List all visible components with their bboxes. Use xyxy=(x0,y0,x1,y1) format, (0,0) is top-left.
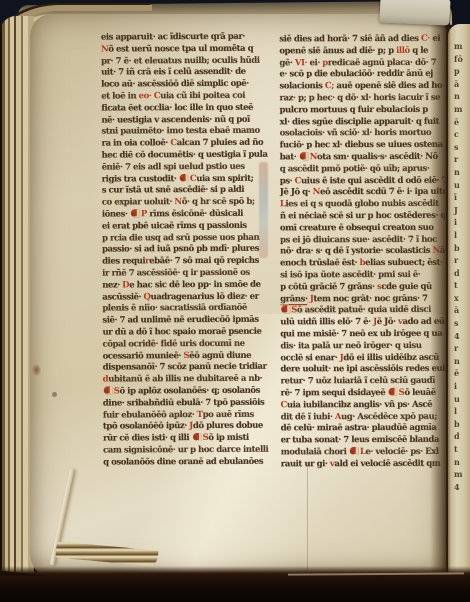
ink-segment: ald ei velociē ascēdit qm xyxy=(334,458,440,468)
rubric-segment: VI· xyxy=(295,58,307,68)
text-line: modulaiā chori ¶Le· velociē· ps· Exl xyxy=(281,447,446,459)
edge-letter: m xyxy=(454,103,468,116)
ink-segment: po auē rīms xyxy=(203,409,254,419)
ink-segment: retur· 7 uōz luiariā ĩ celū sciū gaudī xyxy=(280,376,434,387)
text-line: ¶Sō ip aplōz osolanōēs· q; osolanōs xyxy=(103,385,279,398)
text-line: loco aū· ascēssiōō diē simplic opē· xyxy=(101,79,277,92)
edge-letter: u xyxy=(454,393,468,406)
ink-segment: uia cũ ibi poitea coi xyxy=(160,91,245,101)
text-line: ēniē· 7 eis adl spi uelud pstio ues xyxy=(102,161,278,174)
edge-letter: c xyxy=(454,128,468,141)
text-line: ur dū a dō ĩ hoc spaio moraē psencie xyxy=(102,326,278,339)
ink-segment: occlē si enar· xyxy=(280,353,339,363)
ink-segment: redicaē agnū placa· dō· 7 xyxy=(328,57,436,67)
edge-letter: s xyxy=(454,141,468,154)
edge-letter: u xyxy=(454,179,468,192)
edge-letter: m xyxy=(454,40,468,53)
ink-segment: stni pauimēto· imo testa ebaē mamo xyxy=(101,126,259,137)
text-line: ps· Cuius ē iste qui ascēdit d odō eiē· … xyxy=(280,175,445,187)
edge-letter: t xyxy=(454,443,468,456)
ink-segment: ubitanū ē ab illis ne dubitareē a nb· xyxy=(108,374,262,385)
text-line: nō· dra· s· q dē ĩ ystorie· scolasticis … xyxy=(280,246,445,258)
text-line: rigis tra custodit· ¶Cuia sm spirit; xyxy=(102,173,278,186)
text-line: eis apparuit· ac ĩdiscurte qrã par· xyxy=(101,32,277,45)
paragraph-mark-icon: ¶ xyxy=(389,388,398,396)
ink-segment: raz· p; p hec· q dō· xl· horis iacuir ĩ … xyxy=(279,93,440,104)
edge-letter: d xyxy=(454,430,468,443)
ink-segment: q le xyxy=(410,46,428,56)
ink-segment: co expiar uoluit· xyxy=(102,197,175,207)
ink-segment: ps· xyxy=(280,176,295,186)
ink-segment: dō plures dobue xyxy=(193,421,263,431)
text-line: dine· sribabñdiū ebulā· 7 tpō passiōis xyxy=(103,397,279,410)
ink-segment: cōpal ocridē· fidē uris documī ne xyxy=(102,338,244,349)
ink-segment: cam signisicōnē· ur p hoc darce intelli xyxy=(103,444,268,455)
paragraph-mark-icon: ¶ xyxy=(193,433,202,441)
ink-segment: dō ei illis uidēibz ascū xyxy=(343,352,438,362)
ink-segment: ei erat pbē uicaē rīms q passionis xyxy=(102,220,247,231)
text-line: osolaciois· vñ sciō· xl· horis mortuo xyxy=(280,128,445,140)
tape-repair xyxy=(379,0,450,26)
text-line: p cōtū grāciē 7 grāns· scde guie qū xyxy=(280,281,445,293)
ink-segment: ulū uidñ illis elō· 7 ē· xyxy=(280,317,373,327)
ink-segment: alcan 7 pluies ad ño xyxy=(177,138,263,148)
paragraph-mark-icon: ¶ xyxy=(104,386,113,394)
text-line: dis· ita palā ur neō irōger· q uisu xyxy=(280,340,445,352)
text-line: dies requirebāē· 7 sō mai qō repichs xyxy=(102,256,278,269)
text-line: ficata ēet occlia· loc ille in quo steē xyxy=(101,102,277,115)
ink-segment: hec diē cō documētis· q uestigia ĩ pula xyxy=(101,150,267,161)
photo-scene: eis apparuit· ac ĩdiscurte qrã par·Nõ es… xyxy=(0,0,470,602)
ink-segment: õ· q hr scē spō b; xyxy=(182,197,255,207)
text-line: co expiar uoluit· Nõ· q hr scē spō b; xyxy=(102,197,278,210)
gutter-shadow xyxy=(430,14,450,578)
rubric-segment: N xyxy=(174,197,181,207)
ink-segment: ocessariō munieē· xyxy=(103,351,184,361)
text-line: siē· 7 ad unlimē nē erudiecōō ipmās xyxy=(102,315,278,328)
text-column-left: eis apparuit· ac ĩdiscurte qrã par·Nõ es… xyxy=(101,32,279,469)
text-line: ra in oia colloē· Calcan 7 pluies ad ño xyxy=(101,138,277,151)
ink-segment: solacionis xyxy=(279,81,325,91)
ink-segment: ra in oia colloē· xyxy=(101,138,170,148)
bottom-dark-band xyxy=(0,576,470,602)
ink-segment: p rcia die usq ad srū posse uos phan xyxy=(102,232,259,243)
edge-letter: ē xyxy=(454,367,468,380)
text-line: openē siē ānus ad diē· p; p illō q le xyxy=(279,46,444,58)
edge-letter: 4 xyxy=(454,481,468,494)
ink-segment: uadragenarius lō diez· er xyxy=(150,291,258,302)
text-line: si isō ipa ūote ascēdit· pmi sui ē· xyxy=(280,270,445,282)
text-line: cōpal ocridē· fidē uris documī ne xyxy=(102,338,278,351)
edge-letter: ī xyxy=(454,191,468,204)
text-line: siē dies ad horā· 7 siē āñ ad dies C· ei xyxy=(279,34,444,46)
underlined-segment: grāns· xyxy=(280,294,307,304)
ink-segment: siē· 7 ad unlimē nē erudiecōō ipmās xyxy=(102,315,258,326)
text-line: fuciō· p hec xl· diebus se uiues ostena xyxy=(280,140,445,152)
edge-letter: r xyxy=(454,254,468,267)
paragraph-mark-icon: ¶ xyxy=(180,174,189,182)
ink-segment: ug· Ascēdēce xpō pau; xyxy=(341,411,437,421)
ink-segment: ficata ēet occlia· loc ille in quo steē xyxy=(101,102,253,113)
text-line: dere uoluit· ne ipi ascēssiōis redes eui… xyxy=(280,364,445,376)
text-line: tpō osolanōēō ipūz· Jdō plures dobue xyxy=(103,421,279,434)
edge-letter: s xyxy=(454,317,468,330)
ink-segment: openē siē ānus ad diē· p; p xyxy=(279,46,396,56)
ink-segment: ota sm· qualis·s· ascēdit· Nō xyxy=(317,152,438,162)
ink-segment: rē· 7 ipm sequi dsidayeē xyxy=(280,388,387,398)
edge-letter: d xyxy=(454,267,468,280)
ink-segment: dis· ita palā ur neō irōger· q uisu xyxy=(280,341,421,351)
text-line: Cuia iubilancibz anglis· vñ ps· Ascē xyxy=(281,399,446,411)
paragraph-mark-icon: ¶ xyxy=(281,306,290,314)
rubric-segment: illō xyxy=(396,46,410,56)
ink-segment: eō ascēdit scdū 7 ē· i· ipa uite xyxy=(320,187,446,197)
ink-segment: er tuba sonat· 7 leus emiscēē blanda xyxy=(281,435,439,446)
ink-segment: dē celū· miraē astra· plaudūē agmīa xyxy=(281,423,437,434)
ink-segment: ēō agnū diune xyxy=(189,350,251,360)
ink-segment: et loē in xyxy=(101,91,138,101)
ink-segment: auē openē siē dies ad ho xyxy=(334,81,442,91)
text-line: pulcro mortuus q fuir ebulaciois p xyxy=(279,104,444,116)
edge-letter: r xyxy=(454,153,468,166)
ink-speck xyxy=(52,392,57,397)
edge-letter: r xyxy=(454,342,468,355)
text-line: ascūssiē· Quadragenarius lō diez· er xyxy=(102,291,278,304)
text-line: Lies ei q s quodā globo nubis ascēdit xyxy=(280,199,445,211)
ink-segment: tem noc grāt· noc grāns· 7 xyxy=(313,293,427,303)
ink-segment: s cur ĩstā ut snē ascēdiē· si p aldi xyxy=(102,185,244,196)
text-line: dit dē ĩ iubi· Aug· Ascēdēce xpō pau; xyxy=(281,411,446,423)
edge-letter: m xyxy=(454,468,468,481)
edge-letter: i xyxy=(454,216,468,229)
edge-text-fragments: mfōpānmēcsrnuīJilbrdtxās4rnēiulbdtnm4 xyxy=(454,40,468,493)
rubric-segment: C; xyxy=(325,81,334,91)
ink-segment: uius ē iste qui ascēdit d odō eiē· 7 ē· xyxy=(301,175,446,186)
ink-segment: bat· xyxy=(280,152,299,162)
text-line: e· scō p die ebulaciōō· reddir ānū ej xyxy=(279,69,444,81)
ink-segment: ēniē· 7 eis adl spi uelud pstio ues xyxy=(102,161,245,172)
edge-letter: l xyxy=(454,405,468,418)
ink-segment: omī creature ē obsequi creaton suo xyxy=(280,223,434,234)
ink-segment: uia sm spirit; xyxy=(196,173,253,183)
edge-letter: fō xyxy=(454,53,468,66)
ink-segment: dispensanōī· 7 scōz panū necie tridiar xyxy=(103,362,267,373)
ink-segment: ei· xyxy=(307,58,322,68)
ink-segment: dit dē ĩ iubi· xyxy=(281,412,335,422)
stain-spot xyxy=(32,364,41,376)
edge-letter: x xyxy=(454,292,468,305)
edge-letter: n xyxy=(454,166,468,179)
text-line: dubitanū ē ab illis ne dubitareē a nb· xyxy=(103,374,279,387)
text-line: solacionis C; auē openē siē dies ad ho xyxy=(279,81,444,93)
ink-segment: pulcro mortuus q fuir ebulaciois p xyxy=(279,105,427,116)
edge-letter: p xyxy=(454,65,468,78)
edge-letter: J xyxy=(454,204,468,217)
paragraph-mark-icon: ¶ xyxy=(300,152,309,160)
text-line: q osolanōōs dine oranē ad ebulanōes xyxy=(103,456,279,469)
ink-segment: ebāē· 7 sō mai qō repichs xyxy=(149,256,259,267)
ink-segment: rūr cē dies isti· q illi xyxy=(103,433,192,443)
ink-segment: uia iubilancibz anglis· vñ ps· Ascē xyxy=(287,399,432,410)
rubric-segment: C· xyxy=(421,34,430,44)
text-line: qui me misiē· 7 neō ex ub irōgee q ua xyxy=(280,329,445,341)
text-line: bat· ¶Nota sm· qualis·s· ascēdit· Nō xyxy=(280,152,445,164)
edge-letter: n xyxy=(454,355,468,368)
text-line: ps ei jō diuicans sue· ascēdit· 7 ĩ hoc xyxy=(280,234,445,246)
text-line: occlē si enar· Jdō ei illis uidēibz ascū xyxy=(280,352,445,364)
ink-segment: nē· uestigia v ascendenis· nũ q poĩ xyxy=(101,114,249,125)
ink-segment: rauit ur gi· xyxy=(281,459,330,469)
text-line: Jē Jō q· Neō ascēdit scdū 7 ē· i· ipa ui… xyxy=(280,187,445,199)
ink-segment: nez· xyxy=(102,280,122,290)
parchment-page: eis apparuit· ac ĩdiscurte qrã par·Nõ es… xyxy=(30,14,446,578)
ink-segment: dere uoluit· ne ipi ascēssiōis redes eui… xyxy=(280,364,445,375)
edge-letter: b xyxy=(454,418,468,431)
ink-segment: ō ascēdit patuē· quia uidē disci xyxy=(297,305,431,315)
ink-segment: p cōtū grāciē 7 grāns· xyxy=(280,282,377,292)
ink-segment: e· velociē· ps· Exl xyxy=(365,447,438,457)
ink-segment: uit· 7 iñ crā eis ĩ celũ assendit· de xyxy=(101,67,246,78)
ink-segment: plenis ē niīo· sacratissiā ordīanōē xyxy=(102,303,247,314)
ink-segment: ir rñē 7 ascēssiōē· q ir passionē os xyxy=(102,268,250,279)
edge-letter: l xyxy=(454,229,468,242)
ink-segment: ps ei jō diuicans sue· ascēdit· 7 ĩ hoc xyxy=(280,234,437,245)
ink-segment: gē· xyxy=(279,58,295,68)
text-line: nez· De hac sic dē leo pp· in smōe de xyxy=(102,279,278,292)
text-line: dispensanōī· 7 scōz panū necie tridiar xyxy=(103,362,279,375)
edge-letter: n xyxy=(454,90,468,103)
text-column-right: siē dies ad horā· 7 siē āñ ad dies C· ei… xyxy=(279,34,446,471)
ink-segment: siē dies ad horā· 7 siē āñ ad dies xyxy=(279,34,421,44)
ink-segment: xl· dies sgūe disciplie apparuit· q fuit xyxy=(280,116,440,127)
ink-segment: enoch trūslaē ēst· xyxy=(280,258,360,268)
next-page-edge: mfōpānmēcsrnuīJilbrdtxās4rnēiulbdtnm4 xyxy=(448,24,470,594)
edge-letter: b xyxy=(454,242,468,255)
text-line: rūr cē dies isti· q illi ¶Sō ip misti xyxy=(103,433,279,446)
ink-segment: loco aū· ascēssiōō diē simplic opē· xyxy=(101,79,249,90)
text-line: enoch trūslaē ēst· belias subuect; ēst· xyxy=(280,258,445,270)
ink-segment: iōnes· xyxy=(102,209,130,219)
ink-segment: Jē Jō q· xyxy=(280,188,313,198)
ink-segment: eis apparuit· ac ĩdiscurte qrã par· xyxy=(101,32,245,43)
text-line: uit· 7 iñ crā eis ĩ celũ assendit· de xyxy=(101,67,277,80)
ink-segment: ñ ei nēciaē scē si ur p hoc ostēderes· q xyxy=(280,211,446,222)
edge-letter: n xyxy=(454,456,468,469)
text-line: dē celū· miraē astra· plaudūē agmīa xyxy=(281,423,446,435)
ink-segment: passio· si ad iuã psnō pb mdī· plures xyxy=(102,244,259,255)
text-line: rauit ur gi· vald ei velociē ascēdit qm xyxy=(281,458,446,470)
ink-segment: ō ip misti xyxy=(208,433,248,443)
ink-segment: õ est uerũ nosce tpa ul momẽta q xyxy=(108,43,253,54)
text-line: q ascēdit pmō potiē· qō uīb; aprus· xyxy=(280,163,445,175)
ink-segment: osolaciois· vñ sciō· xl· horis mortuo xyxy=(280,128,432,139)
ink-segment: ies ei q s quodā globo nubis ascēdit xyxy=(285,199,438,210)
text-line: er tuba sonat· 7 leus emiscēē blanda xyxy=(281,435,446,447)
ink-segment: q osolanōōs dine oranē ad ebulanōes xyxy=(103,456,263,467)
edge-letter: ē xyxy=(454,116,468,129)
ink-segment: fuciō· p hec xl· diebus se uiues ostena xyxy=(280,140,443,151)
ink-segment: fuir ebulanōēō aploz· xyxy=(103,409,197,419)
ink-segment: dine· sribabñdiū ebulā· 7 tpō passiōis xyxy=(103,397,265,408)
text-line: grāns· Jtem noc grāt· noc grāns· 7 xyxy=(280,293,445,305)
ink-segment: dies requi xyxy=(102,256,145,266)
page-edges-left xyxy=(0,16,34,580)
text-line: et loē in eo· Cuia cũ ibi poitea coi xyxy=(101,91,277,104)
ink-segment: q ascēdit pmō potiē· qō uīb; aprus· xyxy=(280,164,430,175)
ink-segment: e hac sic dē leo pp· in smōe de xyxy=(129,279,260,290)
ink-segment: qui me misiē· 7 neō ex ub irōgee q ua xyxy=(280,329,442,340)
ink-segment: e· scō p die ebulaciōō· reddir ānū ej xyxy=(279,69,432,80)
paragraph-mark-icon: ¶ xyxy=(131,209,140,217)
ink-segment: rīms ēsicōnē· dūsicali xyxy=(147,209,243,220)
ink-segment: pr· 7 ē· et eleuatus nuilb; oculis hũdi xyxy=(101,55,260,66)
text-line: pr· 7 ē· et eleuatus nuilb; oculis hũdi xyxy=(101,55,277,68)
rubric-segment: eo· C xyxy=(139,91,161,101)
ink-segment: tpō osolanōēō ipūz· xyxy=(103,421,189,431)
text-line: iōnes· ¶P rīms ēsicōnē· dūsicali xyxy=(102,208,278,221)
ink-segment: ur dū a dō ĩ hoc spaio moraē psencie xyxy=(102,327,261,338)
text-line: ¶Sō ascēdit patuē· quia uidē disci xyxy=(280,305,445,317)
edge-letter: ā xyxy=(454,78,468,91)
ink-segment: ō ip aplōz osolanōēs· q; osolanōs xyxy=(119,386,259,397)
ink-segment: ascūssiē· xyxy=(102,292,143,302)
text-line: Nõ est uerũ nosce tpa ul momẽta q xyxy=(101,43,277,56)
text-line: ei erat pbē uicaē rīms q passionis xyxy=(102,220,278,233)
ink-segment: modulaiā chori xyxy=(281,447,349,457)
text-line: cam signisicōnē· ur p hoc darce intelli xyxy=(103,444,279,457)
text-line: omī creature ē obsequi creaton suo xyxy=(280,222,445,234)
edge-letter: 4 xyxy=(454,330,468,343)
text-line: retur· 7 uōz luiariā ĩ celū sciū gaudī xyxy=(280,376,445,388)
text-line: raz· p; p hec· q dō· xl· horis iacuir ĩ … xyxy=(279,93,444,105)
ink-segment: rigis tra custodit· xyxy=(102,174,179,184)
text-line: ir rñē 7 ascēssiōē· q ir passionē os xyxy=(102,267,278,280)
ink-segment: cde guie qū xyxy=(381,281,431,291)
text-line: hec diē cō documētis· q uestigia ĩ pula xyxy=(101,150,277,163)
text-line: rē· 7 ipm sequi dsidayeē ¶Sō leuāē xyxy=(280,388,445,400)
ink-segment: si isō ipa ūote ascēdit· pmi sui ē· xyxy=(280,270,420,280)
edge-letter: t xyxy=(454,279,468,292)
edge-letter: ā xyxy=(454,304,468,317)
ink-segment: ē Jō· xyxy=(377,317,398,327)
ink-segment: nō· dra· s· q dē ĩ ystorie· scolasticis xyxy=(280,246,433,257)
text-line: ñ ei nēciaē scē si ur p hoc ostēderes· q xyxy=(280,211,445,223)
manuscript-photo: { "scene": { "description": "Photograph … xyxy=(0,0,470,602)
text-line: ulū uidñ illis elō· 7 ē· Jē Jō· vado ad … xyxy=(280,317,445,329)
edge-letter: i xyxy=(454,380,468,393)
paragraph-mark-icon: ¶ xyxy=(350,447,359,455)
